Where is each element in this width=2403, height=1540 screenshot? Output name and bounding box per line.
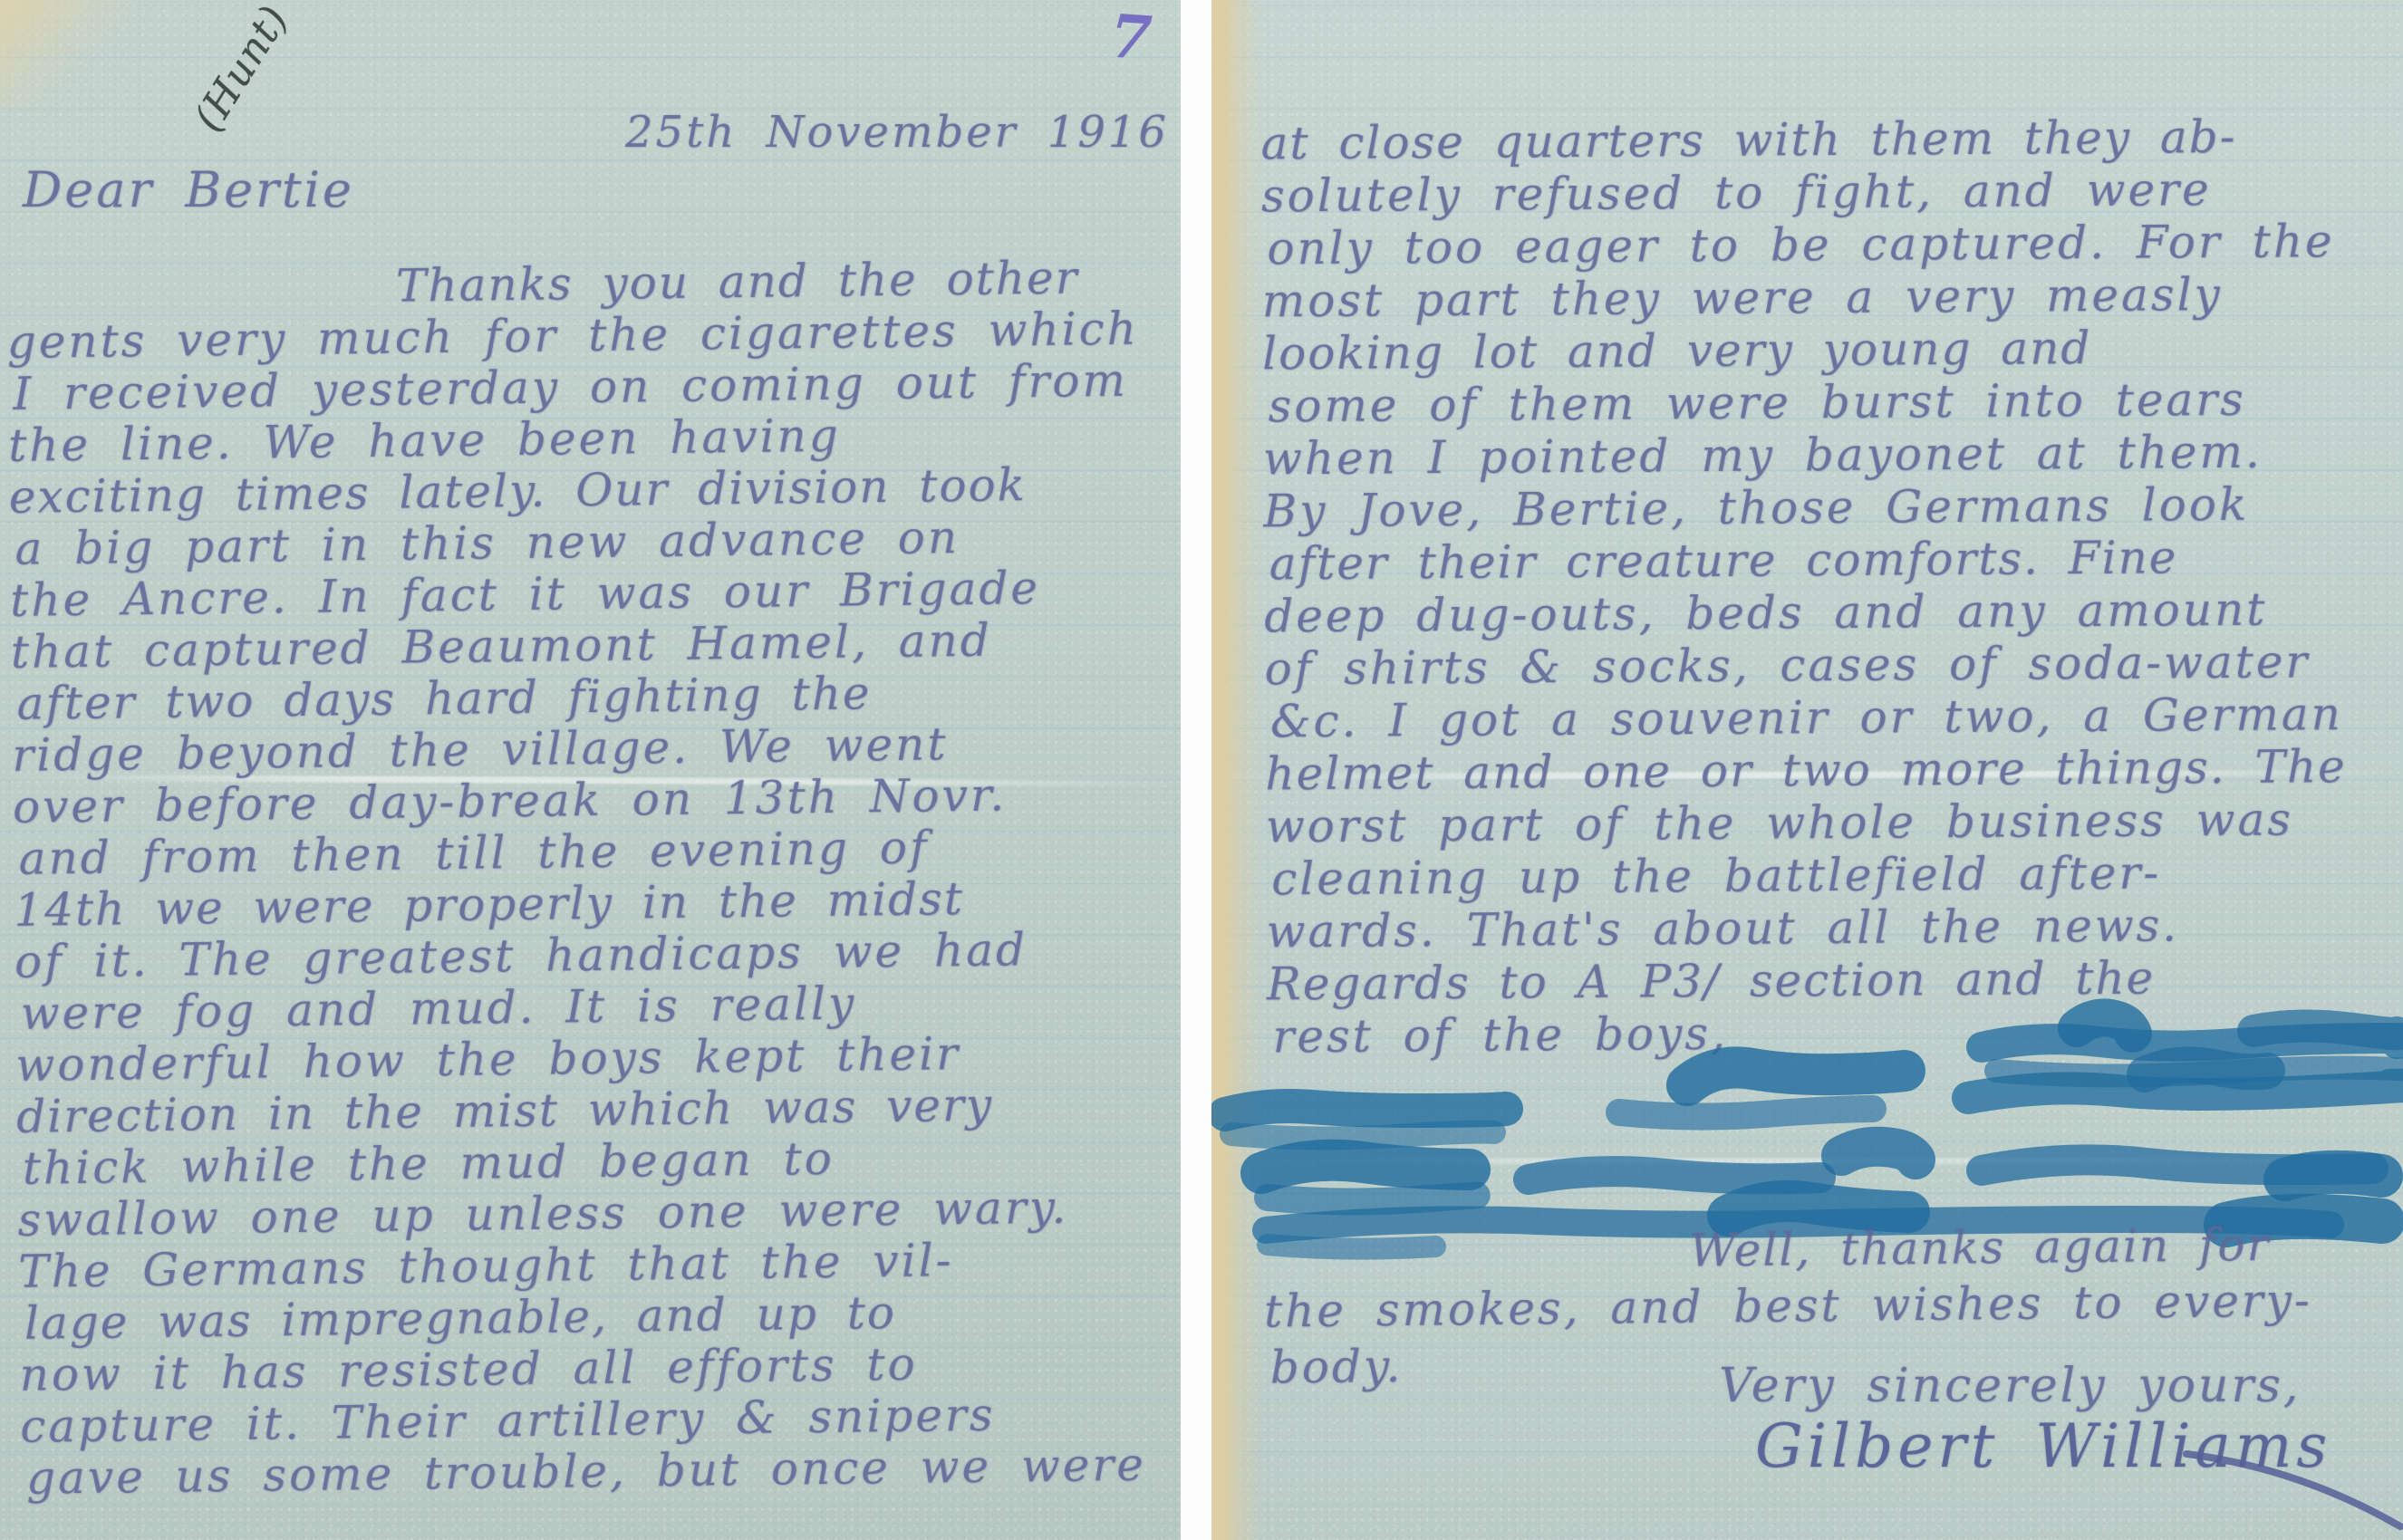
- handwritten-line: looking lot and very young and: [1262, 320, 2399, 380]
- handwritten-line: deep dug-outs, beds and any amount: [1264, 582, 2401, 643]
- closing-line: Very sincerely yours,: [1719, 1359, 2301, 1413]
- handwritten-line: most part they were a very measly: [1262, 267, 2399, 328]
- handwritten-line: helmet and one or two more things. The: [1265, 740, 2402, 801]
- handwritten-line: Well, thanks again for: [1689, 1215, 2401, 1278]
- handwritten-line: wards. That's about all the news.: [1266, 898, 2403, 958]
- page-edge-corner: [0, 0, 136, 109]
- handwritten-line: some of them were burst into tears: [1268, 372, 2399, 433]
- handwritten-line: worst part of the whole business was: [1266, 793, 2403, 853]
- handwritten-line: solutely refused to fight, and were: [1261, 162, 2398, 223]
- handwritten-line: at close quarters with them they ab-: [1260, 110, 2398, 170]
- letter-body-page2: at close quarters with them they ab-solu…: [1260, 110, 2403, 1064]
- signature-flourish: [2181, 1445, 2403, 1535]
- letter-page-2: at close quarters with them they ab-solu…: [1211, 0, 2403, 1540]
- date-line: 25th November 1916: [625, 107, 1169, 158]
- letter-page-1: (Hunt) 7 25th November 1916 Dear Bertie …: [0, 0, 1181, 1540]
- letter-scan: (Hunt) 7 25th November 1916 Dear Bertie …: [0, 0, 2403, 1540]
- page-gutter: [1181, 0, 1211, 1540]
- handwritten-line: By Jove, Bertie, those Germans look: [1263, 477, 2400, 538]
- handwritten-line: after their creature comforts. Fine: [1269, 530, 2401, 591]
- handwritten-line: of shirts & socks, cases of soda-water: [1264, 635, 2401, 696]
- handwritten-line: when I pointed my bayonet at them.: [1263, 425, 2400, 486]
- page-number: 7: [1107, 0, 1153, 73]
- handwritten-line: cleaning up the battlefield after-: [1271, 845, 2403, 906]
- handwritten-line: &c. I got a souvenir or two, a German: [1270, 688, 2402, 748]
- handwritten-line: only too eager to be captured. For the: [1267, 215, 2398, 275]
- handwritten-line: the smokes, and best wishes to every-: [1264, 1271, 2402, 1339]
- page-edge-strip: [1211, 0, 1262, 1540]
- salutation: Dear Bertie: [23, 161, 354, 218]
- letter-body-page1: Thanks you and the othergents very much …: [6, 251, 1186, 1505]
